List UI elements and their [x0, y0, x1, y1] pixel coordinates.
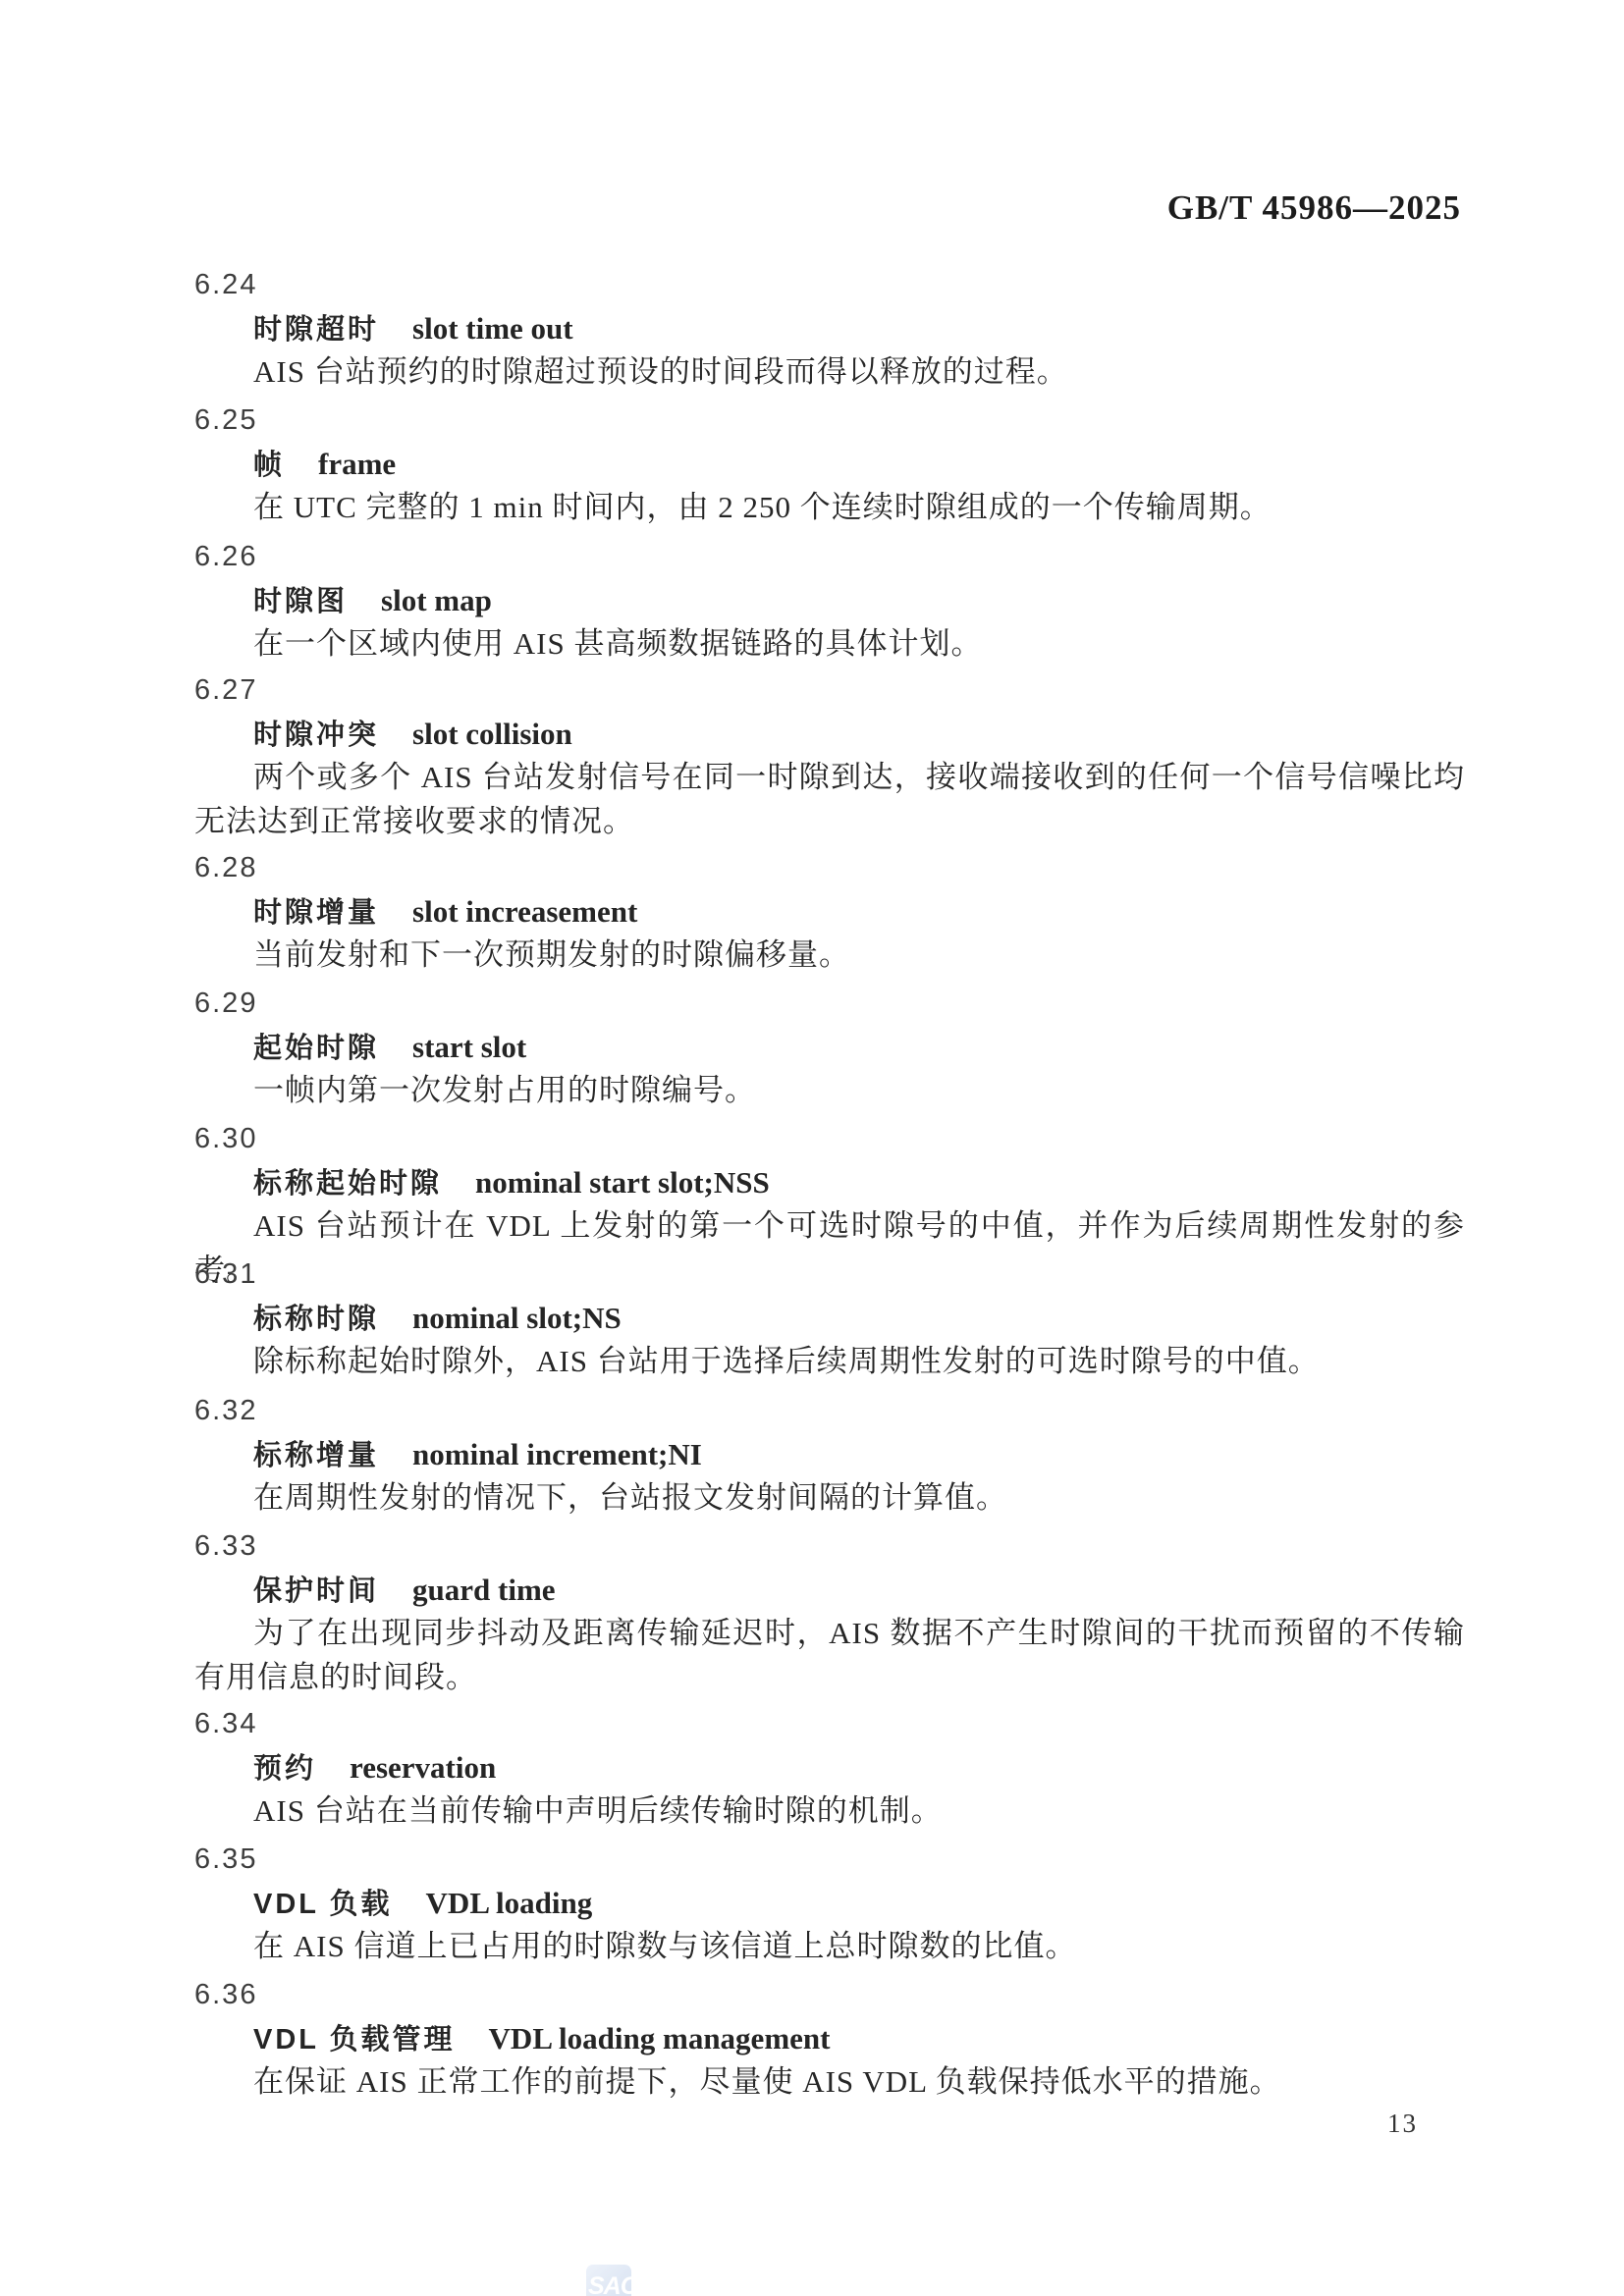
- term-chinese: 保护时间: [253, 1575, 379, 1607]
- term-definition: 当前发射和下一次预期发射的时隙偏移量。: [194, 933, 1465, 977]
- section-number: 6.29: [194, 982, 1465, 1026]
- term-english: reservation: [350, 1750, 496, 1785]
- term-english: VDL loading: [426, 1886, 593, 1920]
- term-definition: 在 AIS 信道上已占用的时隙数与该信道上总时隙数的比值。: [194, 1924, 1465, 1968]
- sac-watermark-logo: SAC: [586, 2265, 631, 2296]
- section-number: 6.32: [194, 1389, 1465, 1433]
- term-english: frame: [318, 447, 396, 481]
- term-definition: 为了在出现同步抖动及距离传输延迟时，AIS 数据不产生时隙间的干扰而预留的不传输…: [194, 1611, 1465, 1699]
- section-number: 6.31: [194, 1253, 1465, 1297]
- terminology-section: 6.26 时隙图slot map 在一个区域内使用 AIS 甚高频数据链路的具体…: [194, 535, 1465, 666]
- term-definition: 除标称起始时隙外，AIS 台站用于选择后续周期性发射的可选时隙号的中值。: [194, 1339, 1465, 1383]
- term-chinese: VDL 负载: [253, 1889, 393, 1920]
- term-line: 起始时隙start slot: [194, 1026, 1465, 1068]
- term-chinese: 起始时隙: [253, 1033, 379, 1064]
- term-line: VDL 负载管理VDL loading management: [194, 2017, 1465, 2059]
- standard-code: GB/T 45986—2025: [1167, 188, 1461, 228]
- term-english: slot increasement: [412, 894, 637, 929]
- terminology-section: 6.28 时隙增量slot increasement 当前发射和下一次预期发射的…: [194, 846, 1465, 977]
- term-line: 时隙冲突slot collision: [194, 713, 1465, 755]
- section-number: 6.25: [194, 399, 1465, 443]
- term-line: 标称时隙nominal slot;NS: [194, 1297, 1465, 1339]
- term-chinese: 时隙增量: [253, 897, 379, 929]
- document-page: GB/T 45986—2025 6.24 时隙超时slot time out A…: [0, 0, 1624, 2296]
- section-number: 6.36: [194, 1973, 1465, 2017]
- term-chinese: 帧: [253, 450, 285, 481]
- terminology-section: 6.35 VDL 负载VDL loading 在 AIS 信道上已占用的时隙数与…: [194, 1838, 1465, 1968]
- section-number: 6.34: [194, 1702, 1465, 1746]
- terminology-section: 6.29 起始时隙start slot 一帧内第一次发射占用的时隙编号。: [194, 982, 1465, 1112]
- terminology-section: 6.24 时隙超时slot time out AIS 台站预约的时隙超过预设的时…: [194, 263, 1465, 394]
- term-chinese: 预约: [253, 1753, 316, 1785]
- term-definition: 在 UTC 完整的 1 min 时间内，由 2 250 个连续时隙组成的一个传输…: [194, 485, 1465, 529]
- term-english: guard time: [412, 1573, 556, 1607]
- term-definition: 两个或多个 AIS 台站发射信号在同一时隙到达，接收端接收到的任何一个信号信噪比…: [194, 755, 1465, 843]
- term-chinese: 标称时隙: [253, 1304, 379, 1335]
- term-line: 时隙图slot map: [194, 579, 1465, 621]
- terminology-section: 6.25 帧frame 在 UTC 完整的 1 min 时间内，由 2 250 …: [194, 399, 1465, 529]
- term-definition: 在保证 AIS 正常工作的前提下，尽量使 AIS VDL 负载保持低水平的措施。: [194, 2059, 1465, 2104]
- term-english: start slot: [412, 1030, 526, 1064]
- section-number: 6.35: [194, 1838, 1465, 1882]
- page-number: 13: [1387, 2109, 1418, 2139]
- term-english: slot collision: [412, 717, 572, 751]
- term-chinese: 时隙图: [253, 586, 348, 617]
- section-number: 6.33: [194, 1524, 1465, 1569]
- term-english: nominal start slot;NSS: [475, 1165, 770, 1200]
- section-number: 6.30: [194, 1117, 1465, 1161]
- terminology-section: 6.36 VDL 负载管理VDL loading management 在保证 …: [194, 1973, 1465, 2104]
- term-english: VDL loading management: [489, 2021, 831, 2056]
- term-line: VDL 负载VDL loading: [194, 1882, 1465, 1924]
- term-chinese: 时隙冲突: [253, 720, 379, 751]
- terminology-section: 6.31 标称时隙nominal slot;NS 除标称起始时隙外，AIS 台站…: [194, 1253, 1465, 1383]
- section-number: 6.24: [194, 263, 1465, 307]
- term-definition: AIS 台站预约的时隙超过预设的时间段而得以释放的过程。: [194, 349, 1465, 394]
- term-definition: AIS 台站在当前传输中声明后续传输时隙的机制。: [194, 1789, 1465, 1833]
- sac-watermark-text: SAC: [588, 2272, 631, 2296]
- term-definition: 在一个区域内使用 AIS 甚高频数据链路的具体计划。: [194, 621, 1465, 666]
- section-number: 6.26: [194, 535, 1465, 579]
- term-chinese: VDL 负载管理: [253, 2024, 456, 2056]
- terminology-section: 6.34 预约reservation AIS 台站在当前传输中声明后续传输时隙的…: [194, 1702, 1465, 1833]
- term-line: 预约reservation: [194, 1746, 1465, 1789]
- term-english: slot time out: [412, 311, 573, 346]
- term-english: nominal slot;NS: [412, 1301, 622, 1335]
- term-chinese: 时隙超时: [253, 314, 379, 346]
- term-line: 标称增量nominal increment;NI: [194, 1433, 1465, 1475]
- section-number: 6.27: [194, 668, 1465, 713]
- term-english: slot map: [381, 583, 492, 617]
- term-line: 标称起始时隙nominal start slot;NSS: [194, 1161, 1465, 1203]
- term-chinese: 标称起始时隙: [253, 1168, 442, 1200]
- term-line: 保护时间guard time: [194, 1569, 1465, 1611]
- terminology-section: 6.33 保护时间guard time 为了在出现同步抖动及距离传输延迟时，AI…: [194, 1524, 1465, 1699]
- term-line: 帧frame: [194, 443, 1465, 485]
- section-number: 6.28: [194, 846, 1465, 890]
- term-english: nominal increment;NI: [412, 1437, 702, 1471]
- term-line: 时隙增量slot increasement: [194, 890, 1465, 933]
- terminology-section: 6.32 标称增量nominal increment;NI 在周期性发射的情况下…: [194, 1389, 1465, 1520]
- terminology-section: 6.27 时隙冲突slot collision 两个或多个 AIS 台站发射信号…: [194, 668, 1465, 843]
- term-chinese: 标称增量: [253, 1440, 379, 1471]
- term-definition: 一帧内第一次发射占用的时隙编号。: [194, 1068, 1465, 1112]
- term-definition: 在周期性发射的情况下，台站报文发射间隔的计算值。: [194, 1475, 1465, 1520]
- term-line: 时隙超时slot time out: [194, 307, 1465, 349]
